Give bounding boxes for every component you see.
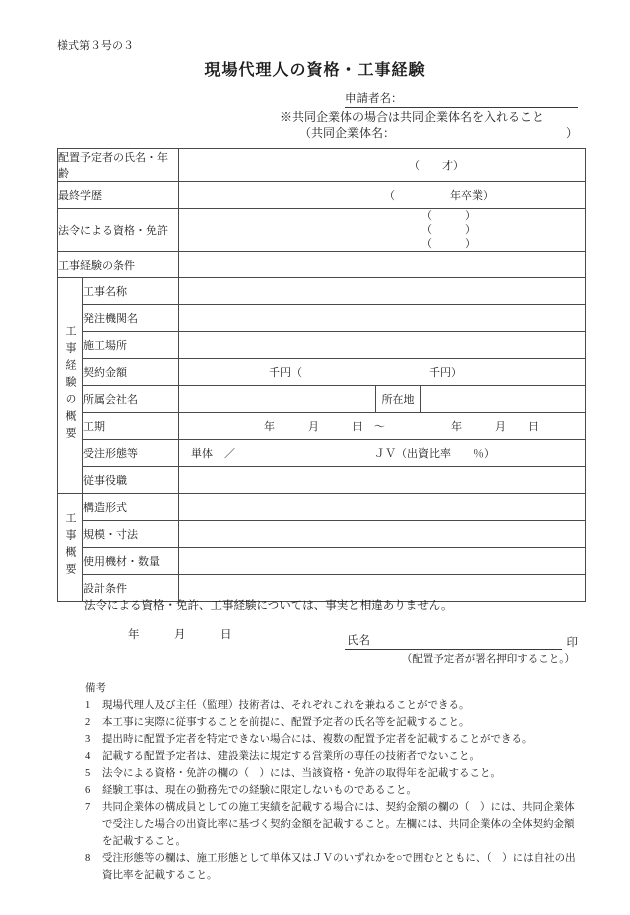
seal-instruction: （配置予定者が署名押印すること。） xyxy=(345,651,575,666)
name-label: 氏名 xyxy=(347,635,370,647)
license-year-paren: （ ） xyxy=(421,223,585,237)
field-licenses: （ ） （ ） （ ） xyxy=(179,209,586,252)
group-label-overview: 工事概要 xyxy=(58,494,83,602)
remark-item: 2 本工事に実際に従事することを前提に、配置予定者の氏名等を記載すること。 xyxy=(85,714,582,731)
field-ordering-agency xyxy=(179,305,586,332)
remark-text: 法令による資格・免許の欄の（ ）には、当該資格・免許の取得年を記載すること。 xyxy=(102,765,582,782)
row-label-equipment-quantity: 使用機材・数量 xyxy=(83,548,179,575)
field-order-form: 単体 ／ ＪＶ（出資比率 ％） xyxy=(179,440,586,467)
remark-text: 現場代理人及び主任（監理）技術者は、それぞれこれを兼ねることができる。 xyxy=(102,697,582,714)
jv-name-close: ） xyxy=(566,124,578,141)
page-title: 現場代理人の資格・工事経験 xyxy=(0,57,630,80)
field-scale-dimensions xyxy=(179,521,586,548)
row-label-name-age: 配置予定者の氏名・年齢 xyxy=(58,149,179,182)
field-contract-amount: 千円（ 千円） xyxy=(179,359,586,386)
jv-name-line: （共同企業体名： ） xyxy=(299,124,578,141)
remark-item: 4 記載する配置予定者は、建設業法に規定する営業所の専任の技術者でないこと。 xyxy=(85,748,582,765)
remark-item: 1 現場代理人及び主任（監理）技術者は、それぞれこれを兼ねることができる。 xyxy=(85,697,582,714)
signature-row: 氏名 印 xyxy=(345,632,578,650)
truth-statement: 法令による資格・免許、工事経験については、事実と相違ありません。 xyxy=(84,597,452,613)
remarks-section: 備考 1 現場代理人及び主任（監理）技術者は、それぞれこれを兼ねることができる。… xyxy=(85,680,582,884)
row-label-order-form: 受注形態等 xyxy=(83,440,179,467)
row-label-company-location: 所在地 xyxy=(376,386,421,413)
qualification-table: 配置予定者の氏名・年齢 （ 才） 最終学歴 （ 年卒業） 法令による資格・免許 … xyxy=(57,148,586,602)
field-name-age: （ 才） xyxy=(179,149,586,182)
field-position xyxy=(179,467,586,494)
row-label-licenses: 法令による資格・免許 xyxy=(58,209,179,252)
field-education: （ 年卒業） xyxy=(179,182,586,209)
remark-text: 共同企業体の構成員としての施工実績を記載する場合には、契約金額の欄の（ ）には、… xyxy=(102,799,582,850)
row-label-ordering-agency: 発注機関名 xyxy=(83,305,179,332)
field-experience-condition xyxy=(179,252,586,278)
order-form-jv: ＪＶ（出資比率 ％） xyxy=(374,445,495,461)
remark-item: 3 提出時に配置予定者を特定できない場合には、複数の配置予定者を記載することがで… xyxy=(85,731,582,748)
row-label-position: 従事役職 xyxy=(83,467,179,494)
remark-number: 4 xyxy=(85,748,102,765)
remark-item: 7 共同企業体の構成員としての施工実績を記載する場合には、契約金額の欄の（ ）に… xyxy=(85,799,582,850)
field-company-location xyxy=(421,386,586,413)
row-label-company: 所属会社名 xyxy=(83,386,179,413)
license-year-paren: （ ） xyxy=(421,237,585,251)
remark-number: 3 xyxy=(85,731,102,748)
row-label-construction-site: 施工場所 xyxy=(83,332,179,359)
form-number: 様式第３号の３ xyxy=(57,37,134,53)
field-company-name xyxy=(179,386,376,413)
field-period: 年 月 日 ～ 年 月 日 xyxy=(179,413,586,440)
contract-unit-right: 千円） xyxy=(429,364,462,380)
contract-unit-left: 千円（ xyxy=(269,364,302,380)
row-label-period: 工期 xyxy=(83,413,179,440)
row-label-contract-amount: 契約金額 xyxy=(83,359,179,386)
remark-item: 8 受注形態等の欄は、施工形態として単体又はＪＶのいずれかを○で囲むとともに、（… xyxy=(85,850,582,884)
remark-text: 提出時に配置予定者を特定できない場合には、複数の配置予定者を記載することができる… xyxy=(102,731,582,748)
remark-item: 5 法令による資格・免許の欄の（ ）には、当該資格・免許の取得年を記載すること。 xyxy=(85,765,582,782)
seal-mark: 印 xyxy=(562,634,579,650)
applicant-name-line: 申請者名： xyxy=(345,90,578,108)
remark-number: 2 xyxy=(85,714,102,731)
signature-name-line: 氏名 xyxy=(345,632,562,650)
remarks-title: 備考 xyxy=(85,680,582,697)
group-label-experience-summary: 工事経験の概要 xyxy=(58,278,83,494)
document-page: 様式第３号の３ 現場代理人の資格・工事経験 申請者名： ※共同企業体の場合は共同… xyxy=(0,0,630,915)
row-label-structure-type: 構造形式 xyxy=(83,494,179,521)
remark-number: 5 xyxy=(85,765,102,782)
remark-item: 6 経験工事は、現在の勤務先での経験に限定しないものであること。 xyxy=(85,782,582,799)
remark-text: 受注形態等の欄は、施工形態として単体又はＪＶのいずれかを○で囲むとともに、（ ）… xyxy=(102,850,582,884)
remark-number: 8 xyxy=(85,850,102,884)
remark-number: 1 xyxy=(85,697,102,714)
remark-text: 経験工事は、現在の勤務先での経験に限定しないものであること。 xyxy=(102,782,582,799)
remark-number: 7 xyxy=(85,799,102,850)
remark-text: 本工事に実際に従事することを前提に、配置予定者の氏名等を記載すること。 xyxy=(102,714,582,731)
row-label-experience-condition: 工事経験の条件 xyxy=(58,252,179,278)
field-equipment-quantity xyxy=(179,548,586,575)
jv-name-open: （共同企業体名： xyxy=(299,124,395,141)
date-line: 年 月 日 xyxy=(128,626,232,642)
row-label-education: 最終学歴 xyxy=(58,182,179,209)
field-construction-name xyxy=(179,278,586,305)
field-construction-site xyxy=(179,332,586,359)
remark-text: 記載する配置予定者は、建設業法に規定する営業所の専任の技術者でないこと。 xyxy=(102,748,582,765)
license-year-paren: （ ） xyxy=(421,209,585,223)
field-structure-type xyxy=(179,494,586,521)
remark-number: 6 xyxy=(85,782,102,799)
row-label-scale-dimensions: 規模・寸法 xyxy=(83,521,179,548)
row-label-construction-name: 工事名称 xyxy=(83,278,179,305)
jv-instruction: ※共同企業体の場合は共同企業体名を入れること xyxy=(280,108,544,125)
applicant-name-label: 申請者名： xyxy=(345,93,403,105)
order-form-single: 単体 ／ xyxy=(191,445,235,461)
